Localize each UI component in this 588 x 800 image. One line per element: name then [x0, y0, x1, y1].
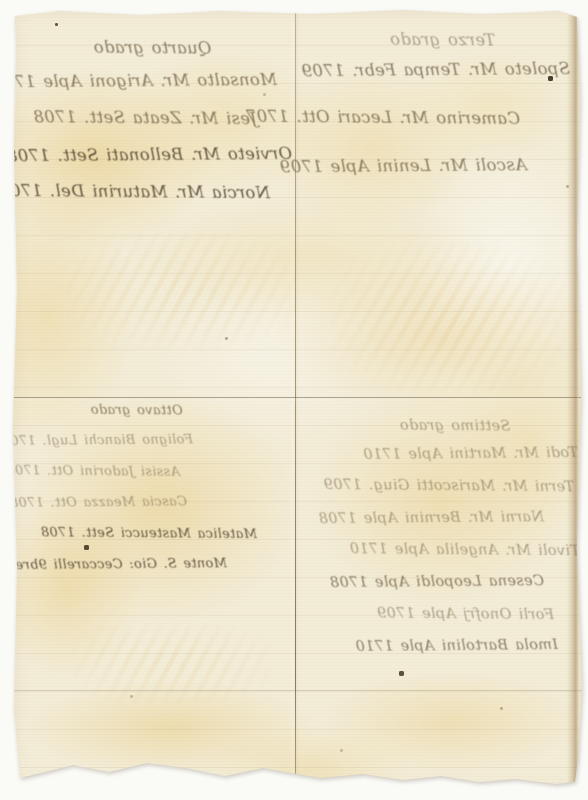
entry-line: Narni Mr. Bernini Aple 1708: [330, 509, 544, 527]
entry-line: Orvieto Mr. Bellonati Sett. 1708: [12, 144, 292, 165]
paper-shadow-wrap: Quarto grado Monsalto Mr. Arigoni Aple 1…: [11, 8, 582, 792]
grade-heading: Settimo grado: [330, 417, 580, 435]
entry-line: Norcia Mr. Maturini Del. 1707: [12, 181, 270, 202]
entry-line: Cesena Leopoldi Aple 1708: [330, 573, 544, 591]
ink-ghost-stain: [328, 239, 568, 397]
bottom-crease-line: [11, 690, 582, 691]
entries-top-left: Quarto grado Monsalto Mr. Arigoni Aple 1…: [12, 38, 293, 219]
entries-bottom-right: Settimo grado Todi Mr. Martini Aple 1710…: [330, 418, 580, 670]
entry-line: Spoleto Mr. Tempa Febr. 1709: [315, 59, 570, 80]
entries-bottom-left: Ottavo grado Foligno Bianchi Lugl. 1708 …: [15, 403, 258, 588]
entry-line: Jesi Mr. Zeata Sett. 1708: [12, 107, 257, 128]
horizontal-fold-line: [11, 397, 582, 398]
entry-line: Todi Mr. Martini Aple 1710: [330, 445, 578, 463]
ink-ghost-stain: [66, 233, 296, 348]
entry-line: Assisi Jadorini Ott. 1708: [15, 463, 180, 479]
entry-line: Cascia Meazza Ott. 1708: [15, 494, 187, 511]
manuscript-paper: Quarto grado Monsalto Mr. Arigoni Aple 1…: [11, 8, 582, 792]
entry-line: Ascoli Mr. Lenini Aple 1709: [315, 155, 527, 176]
grade-heading: Quarto grado: [12, 37, 293, 58]
entry-line: Matelica Masteucci Sett. 1708: [15, 525, 257, 542]
entry-line: Camerino Mr. Lecari Ott. 1707: [315, 107, 520, 128]
entry-line: Monte S. Gio: Ceccarelli 9bre 1705: [15, 556, 227, 573]
entry-line: Forli Onofrj Aple 1709: [330, 605, 554, 623]
ink-ghost-stain: [71, 623, 271, 703]
scan-background: Quarto grado Monsalto Mr. Arigoni Aple 1…: [0, 0, 588, 800]
grade-heading: Ottavo grado: [15, 402, 258, 419]
entry-line: Tivoli Mr. Angelila Aple 1710: [330, 541, 580, 559]
grade-heading: Terzo grado: [315, 29, 570, 50]
entry-line: Foligno Bianchi Lugl. 1708: [15, 432, 193, 449]
entry-line: Imola Bartolini Aple 1710: [330, 637, 558, 655]
entry-line: Terni Mr. Mariscotti Giug. 1709: [330, 477, 574, 495]
foxing-specks: [11, 8, 12, 9]
entry-line: Monsalto Mr. Arigoni Aple 1709: [12, 70, 277, 91]
entries-top-right: Terzo grado Spoleto Mr. Tempa Febr. 1709…: [315, 30, 570, 204]
